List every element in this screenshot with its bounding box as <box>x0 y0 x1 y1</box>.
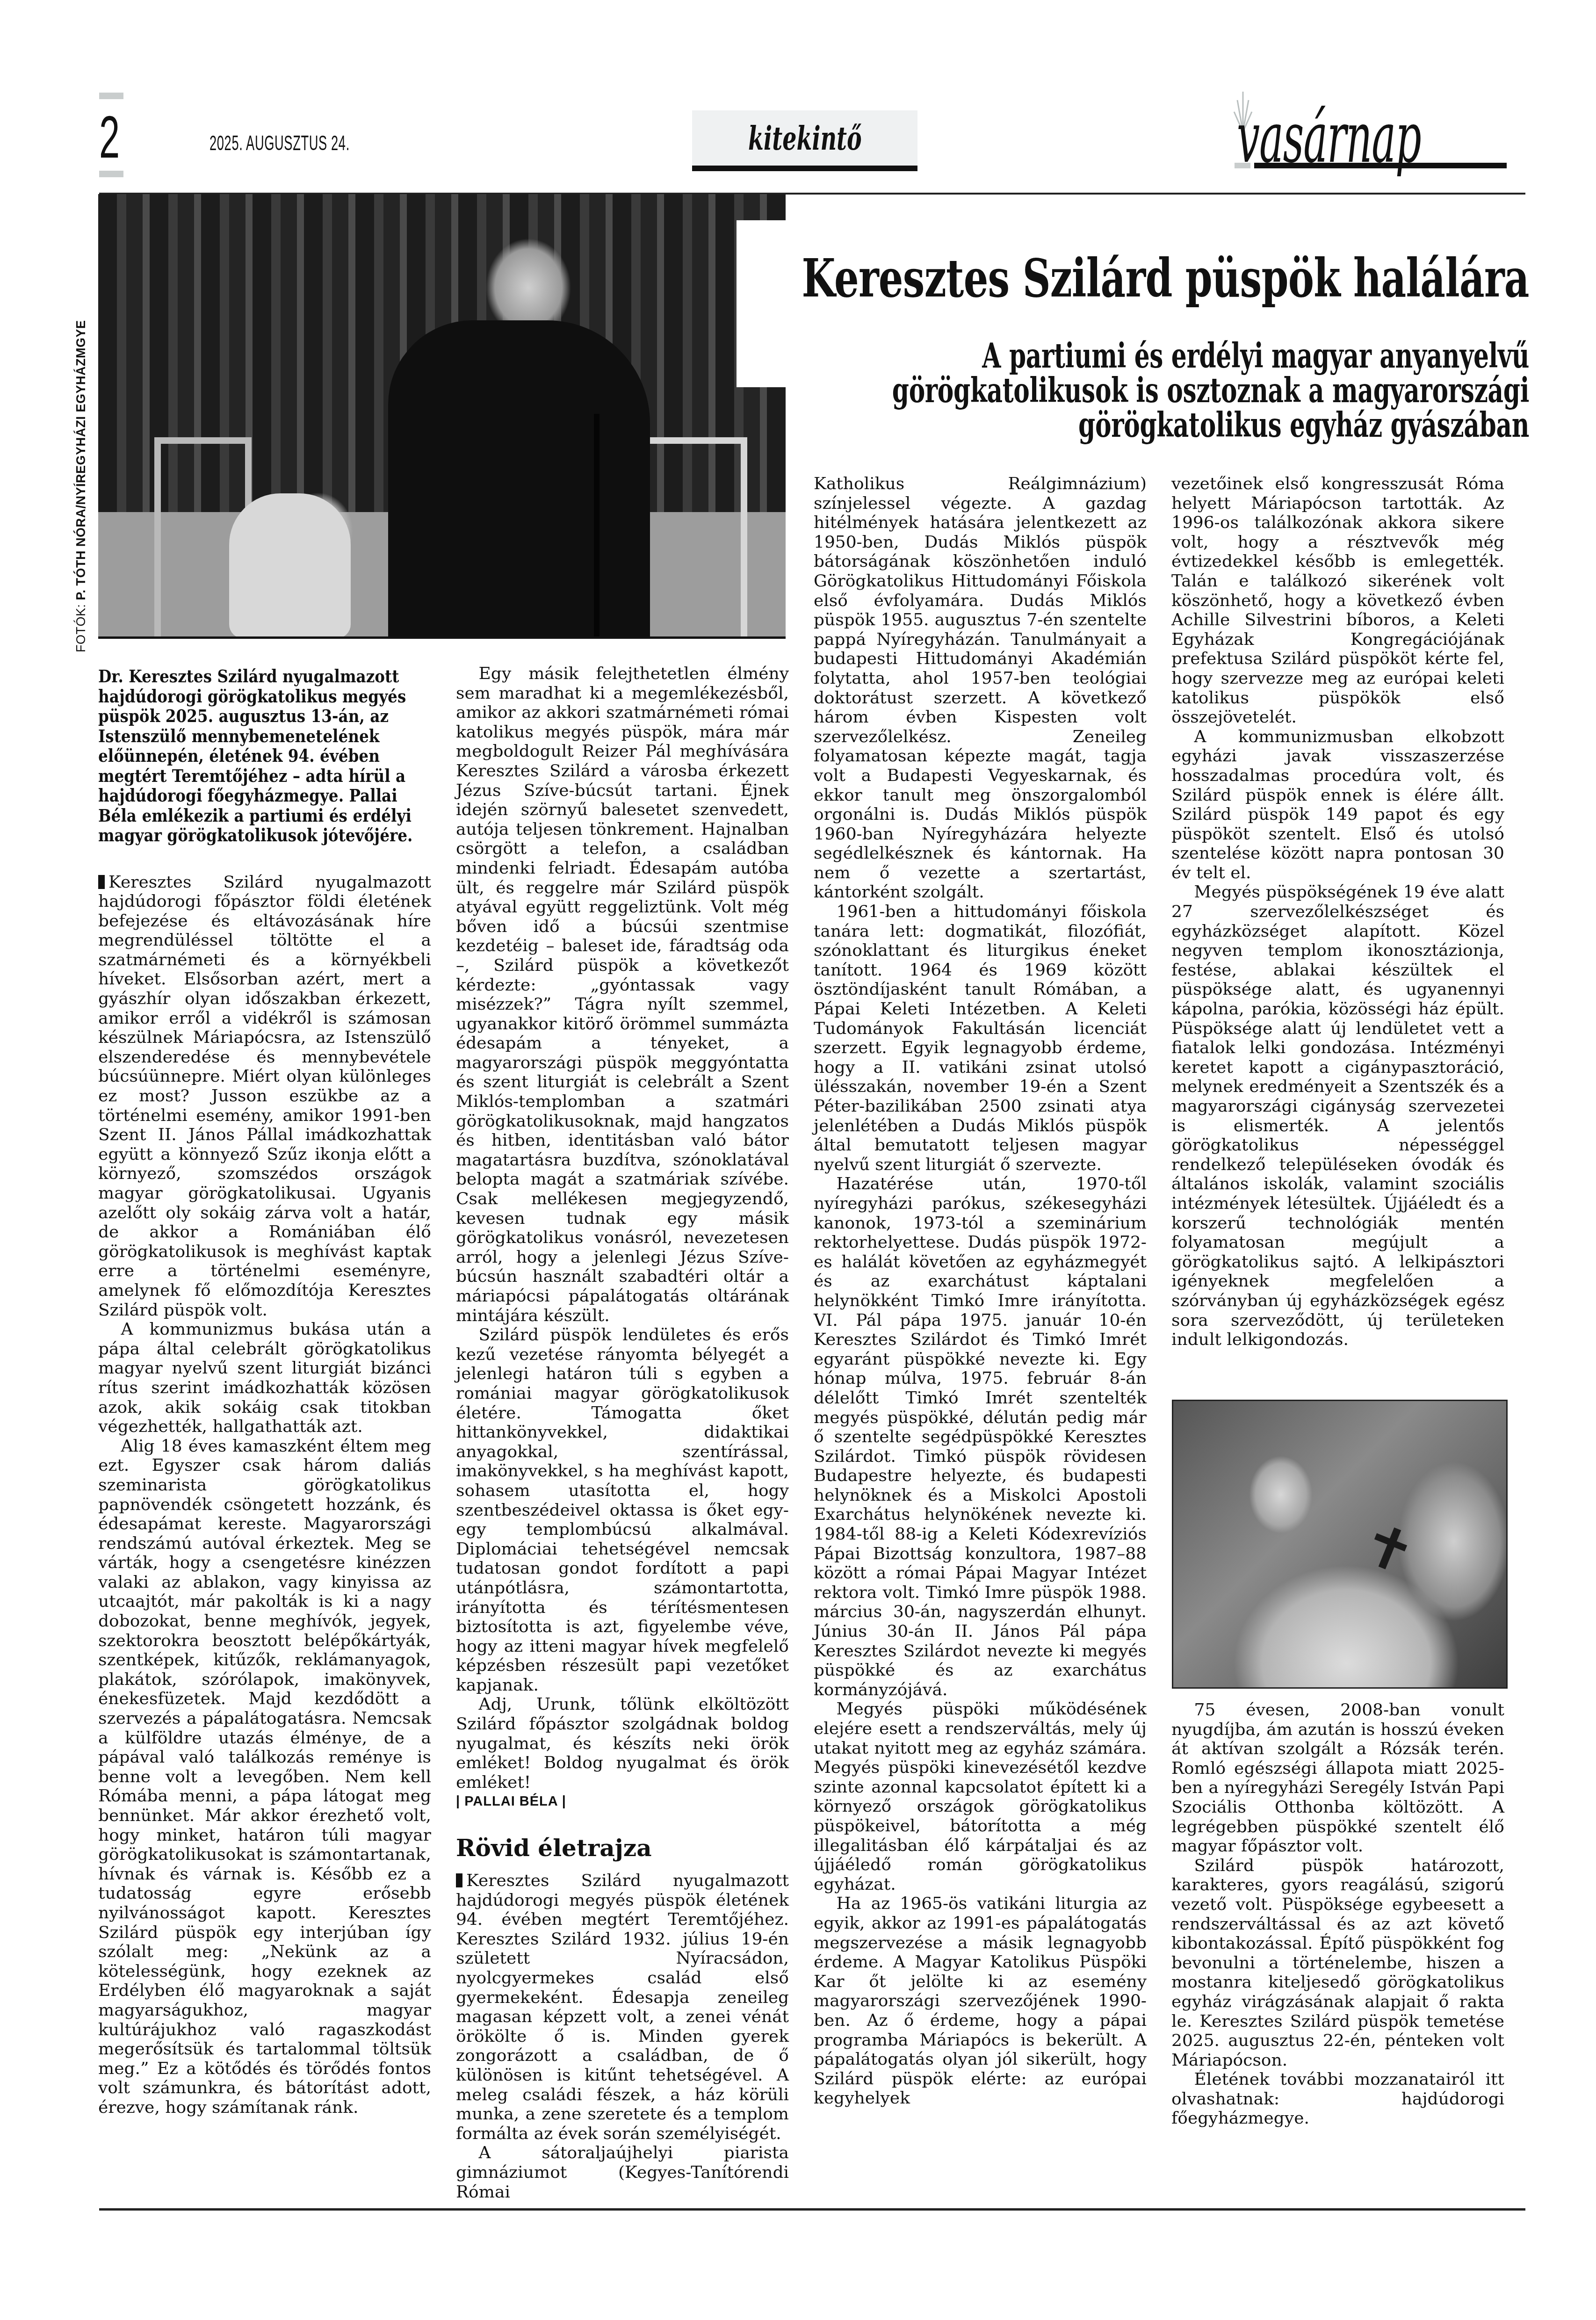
page-number: 2 <box>99 108 120 167</box>
paragraph-start-marker <box>456 1873 462 1887</box>
body-paragraph: Keresztes Szilárd nyugalmazott hajdúdoro… <box>456 1871 789 2143</box>
page-number-bar-bottom <box>99 171 123 177</box>
body-paragraph: Hazatérése után, 1970-től nyíregyházi pa… <box>814 1174 1147 1699</box>
body-paragraph: A kommunizmus bukása után a pápa által c… <box>98 1320 431 1437</box>
photo-chair-right <box>636 437 747 639</box>
body-paragraph: Adj, Urunk, tőlünk elköltözött Szilárd f… <box>456 1695 789 1792</box>
column-2: Egy másik felejthetetlen élmény sem mara… <box>456 664 789 2202</box>
body-paragraph: Életének további mozzanatairól itt olvas… <box>1171 2070 1504 2128</box>
column-3: Katholikus Reálgimnázium) színjelessel v… <box>814 474 1147 2108</box>
column-4-top: vezetőinek első kongresszusát Róma helye… <box>1171 474 1504 1350</box>
body-paragraph: Szilárd püspök lendületes és erős kezű v… <box>456 1325 789 1695</box>
section-label-text: kitekintő <box>748 119 862 158</box>
biography-title: Rövid életrajza <box>456 1835 789 1861</box>
page-number-bar-top <box>99 93 123 99</box>
column-4-bottom: 75 évesen, 2008-ban vonult nyugdíjba, ám… <box>1171 1700 1504 2128</box>
body-paragraph: 1961-ben a hittudományi főiskola tanára … <box>814 902 1147 1174</box>
masthead-rule-accent <box>1235 163 1250 168</box>
body-paragraph: Alig 18 éves kamaszként éltem meg ezt. E… <box>98 1437 431 2118</box>
body-paragraph: A kommunizmusban elkobzott egyházi javak… <box>1171 727 1504 883</box>
body-paragraph: Ha az 1965-ös vatikáni liturgia az egyik… <box>814 1894 1147 2108</box>
photo-bishop-figure <box>388 320 650 638</box>
article-headline: Keresztes Szilárd püspök halálára <box>802 253 1529 305</box>
paragraph-start-marker <box>98 875 105 889</box>
author-byline: | PALLAI BÉLA | <box>456 1792 789 1812</box>
main-photo <box>98 194 786 639</box>
body-paragraph: vezetőinek első kongresszusát Róma helye… <box>1171 474 1504 727</box>
issue-date: 2025. AUGUSZTUS 24. <box>209 132 350 155</box>
column-1: Dr. Keresztes Szilárd nyugalmazott hajdú… <box>98 666 431 2118</box>
article-subheadline: A partiumi és erdélyi magyar anyanyelvű … <box>856 339 1529 442</box>
masthead-rule <box>1254 163 1507 168</box>
body-paragraph: A sátoraljaújhelyi piarista gimnáziumot … <box>456 2143 789 2202</box>
body-paragraph: Keresztes Szilárd nyugalmazott hajdúdoro… <box>98 873 431 1320</box>
photo-credit: FOTÓK: P. TÓTH NÓRA/NYÍREGYHÁZI EGYHÁZMG… <box>74 320 88 652</box>
body-paragraph: Megyés püspöki működésének elejére esett… <box>814 1699 1147 1894</box>
photo-child-figure <box>229 493 351 638</box>
footer-divider <box>99 2208 1525 2211</box>
body-paragraph: Egy másik felejthetetlen élmény sem mara… <box>456 664 789 1325</box>
masthead: vasárnap <box>1235 94 1508 173</box>
photo-credit-name: P. TÓTH NÓRA/NYÍREGYHÁZI EGYHÁZMGYE <box>74 320 88 600</box>
photo-cane <box>594 414 599 638</box>
article-lead: Dr. Keresztes Szilárd nyugalmazott hajdú… <box>98 666 432 846</box>
secondary-photo <box>1172 1400 1508 1689</box>
photo-credit-prefix: FOTÓK: <box>74 604 88 653</box>
body-paragraph: Megyés püspökségének 19 éve alatt 27 sze… <box>1171 882 1504 1349</box>
body-paragraph: Szilárd püspök határozott, karakteres, g… <box>1171 1856 1504 2070</box>
body-paragraph: Katholikus Reálgimnázium) színjelessel v… <box>814 474 1147 902</box>
body-paragraph: 75 évesen, 2008-ban vonult nyugdíjba, ám… <box>1171 1700 1504 1856</box>
section-label: kitekintő <box>692 110 917 171</box>
